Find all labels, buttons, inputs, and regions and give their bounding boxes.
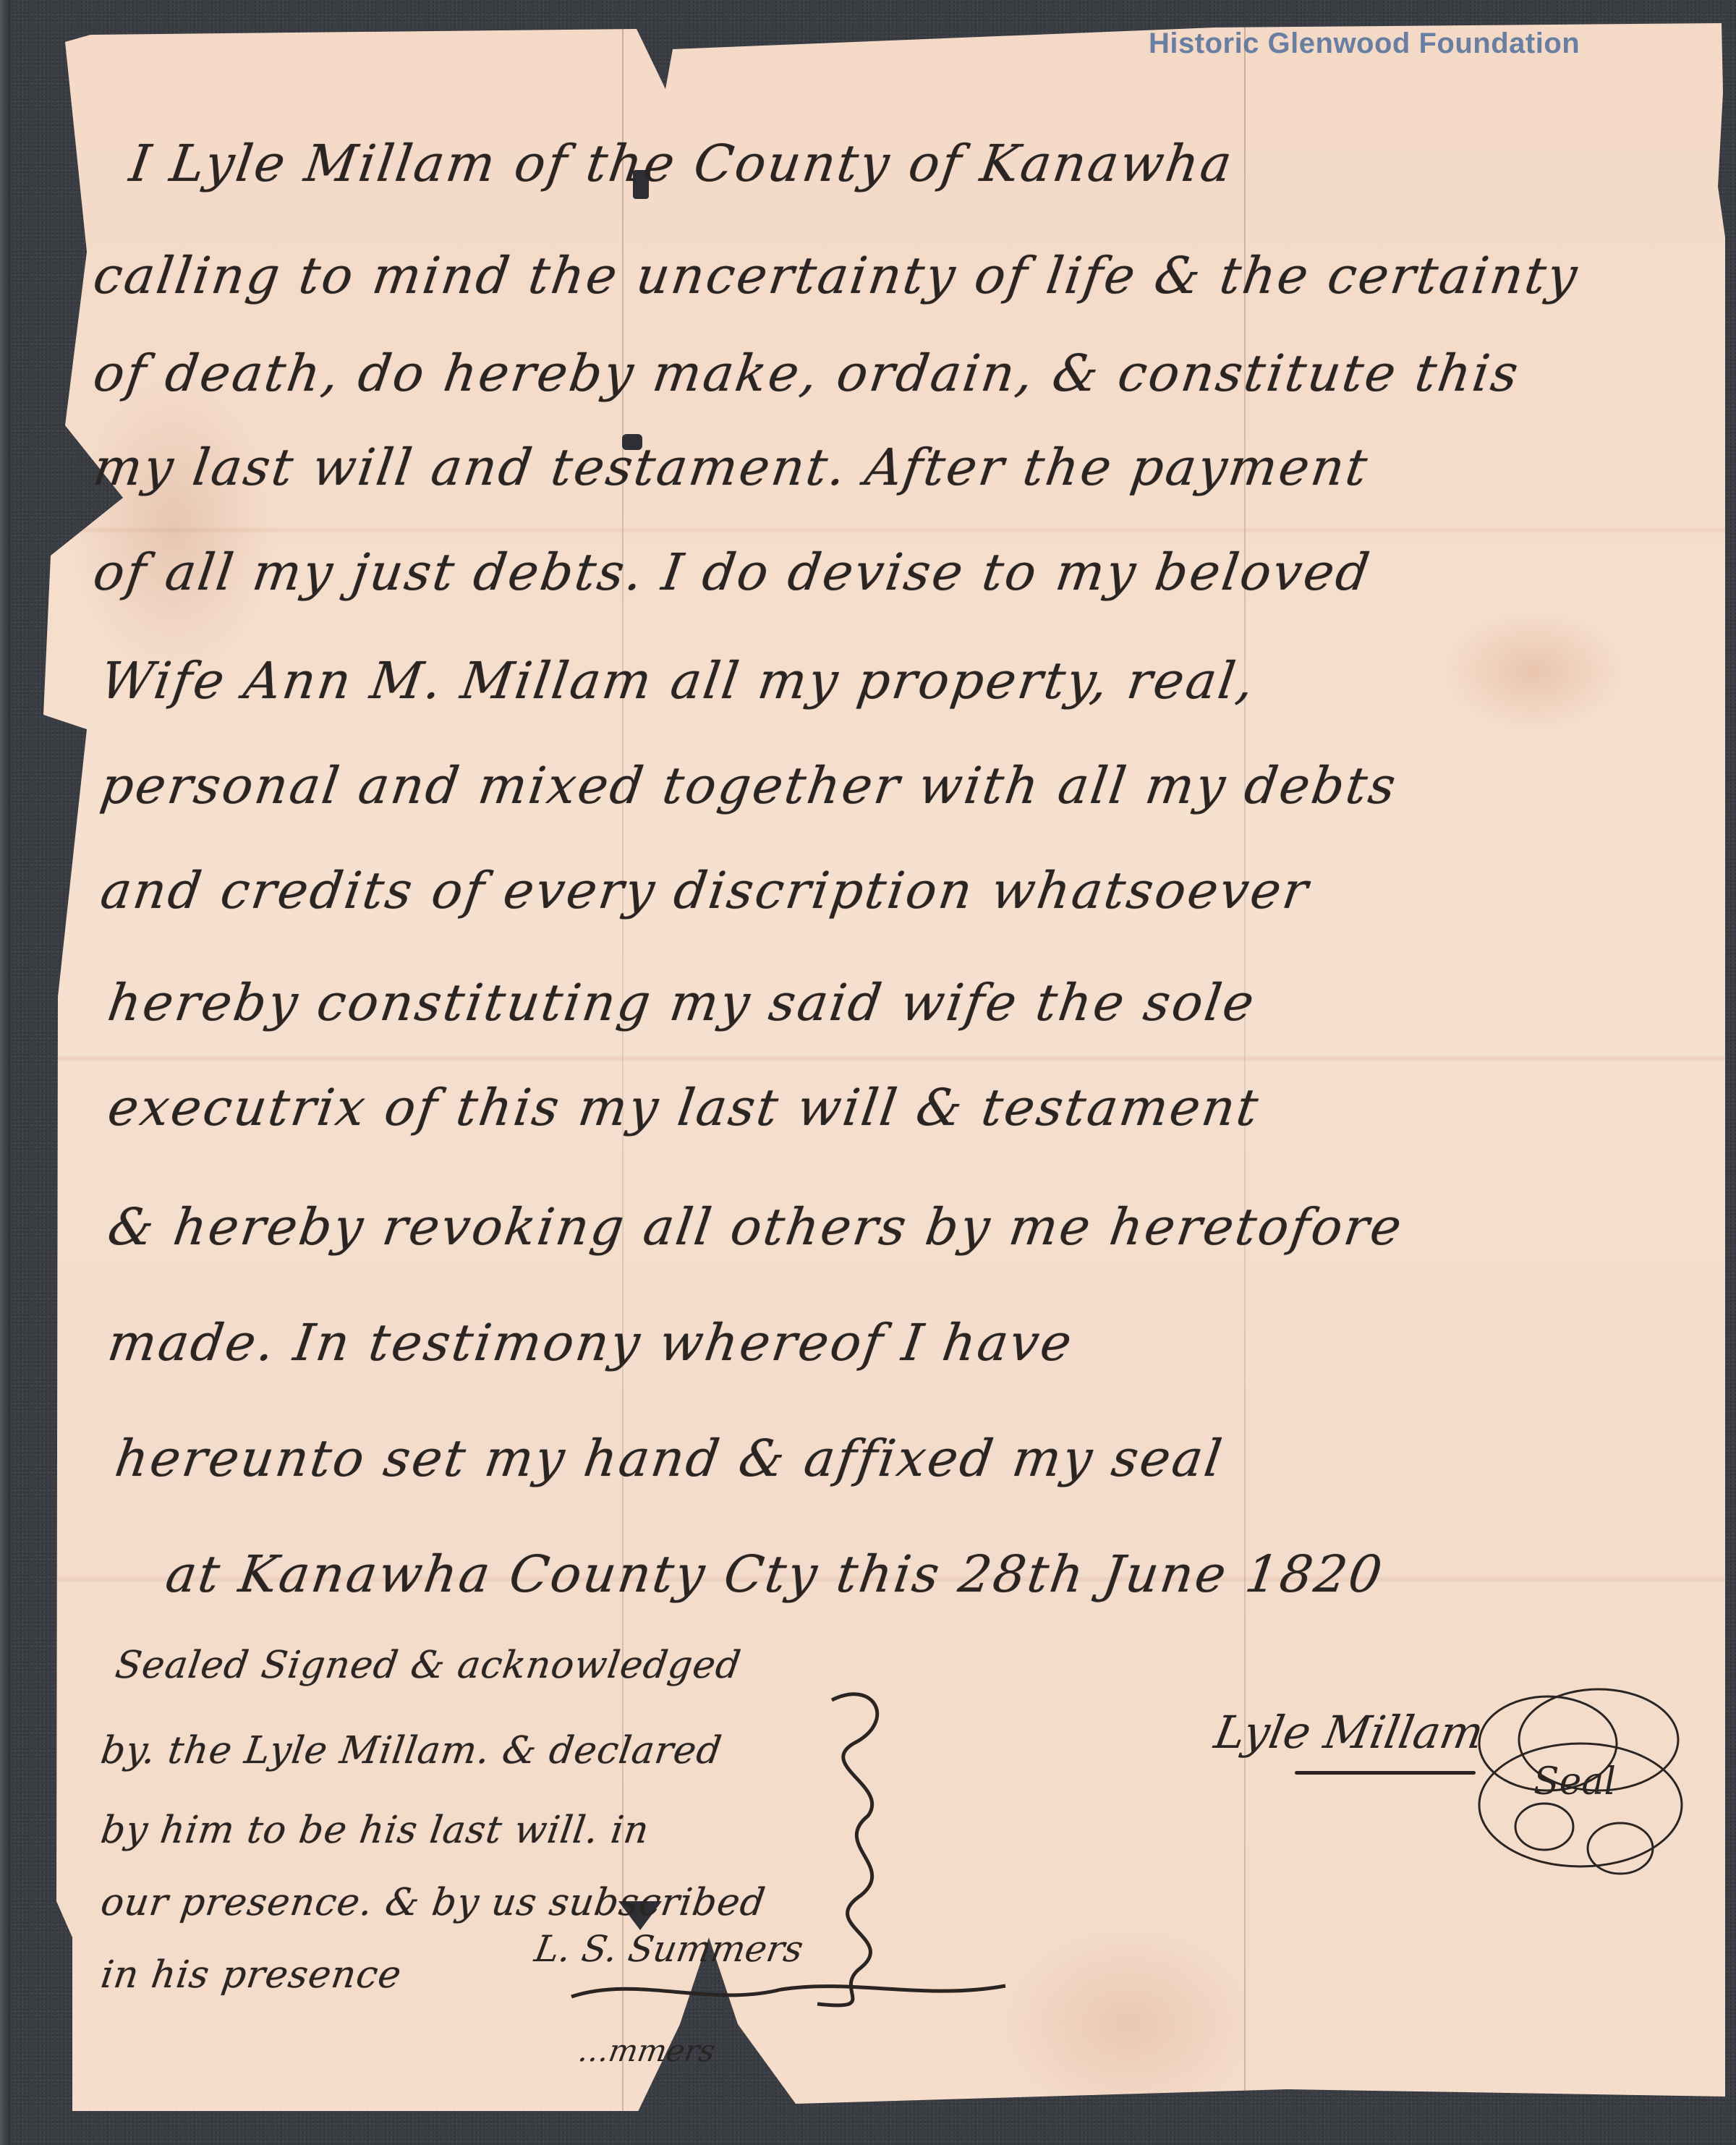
fold-line-horizontal xyxy=(43,527,1725,534)
mount-edge xyxy=(0,0,10,2145)
body-line: of all my just debts. I do devise to my … xyxy=(90,543,1375,602)
body-line: I Lyle Millam of the County of Kanawha xyxy=(126,134,1237,193)
witness-signature-underline xyxy=(564,1979,1013,2008)
witness-line: in his presence xyxy=(98,1953,404,1997)
body-line: Wife Ann M. Millam all my property, real… xyxy=(97,651,1259,710)
body-line: calling to mind the uncertainty of life … xyxy=(90,246,1583,305)
seal-label: Seal xyxy=(1533,1760,1616,1804)
witness-flourish xyxy=(788,1678,933,2018)
witness-line: Sealed Signed & acknowledged xyxy=(113,1644,744,1687)
body-line: my last will and testament. After the pa… xyxy=(90,438,1373,497)
body-line: and credits of every discription whatsoe… xyxy=(97,861,1314,920)
witness-signature: …mmers xyxy=(576,2033,718,2068)
body-line: executrix of this my last will & testame… xyxy=(104,1078,1264,1137)
witness-line: our presence. & by us subscribed xyxy=(98,1881,768,1924)
fold-line-vertical xyxy=(1244,20,1246,2111)
fold-line-vertical xyxy=(622,20,624,2111)
body-line: hereunto set my hand & affixed my seal xyxy=(111,1429,1227,1488)
witness-line: by. the Lyle Millam. & declared xyxy=(98,1729,725,1772)
signature-underline xyxy=(1295,1771,1476,1775)
witness-signature: L. S. Summers xyxy=(532,1928,807,1970)
body-line: at Kanawha County Cty this 28th June 182… xyxy=(162,1545,1387,1604)
body-line: & hereby revoking all others by me heret… xyxy=(104,1197,1407,1257)
seal-flourish: Seal xyxy=(1476,1686,1685,1888)
fold-line-horizontal xyxy=(43,1055,1725,1062)
body-line: personal and mixed together with all my … xyxy=(97,756,1401,815)
watermark: Historic Glenwood Foundation xyxy=(1149,27,1580,60)
witness-line: by him to be his last will. in xyxy=(98,1809,652,1852)
testator-signature: Lyle Millam xyxy=(1211,1706,1488,1759)
body-line: of death, do hereby make, ordain, & cons… xyxy=(90,344,1523,403)
body-line: made. In testimony whereof I have xyxy=(104,1313,1077,1372)
body-line: hereby constituting my said wife the sol… xyxy=(104,973,1259,1032)
